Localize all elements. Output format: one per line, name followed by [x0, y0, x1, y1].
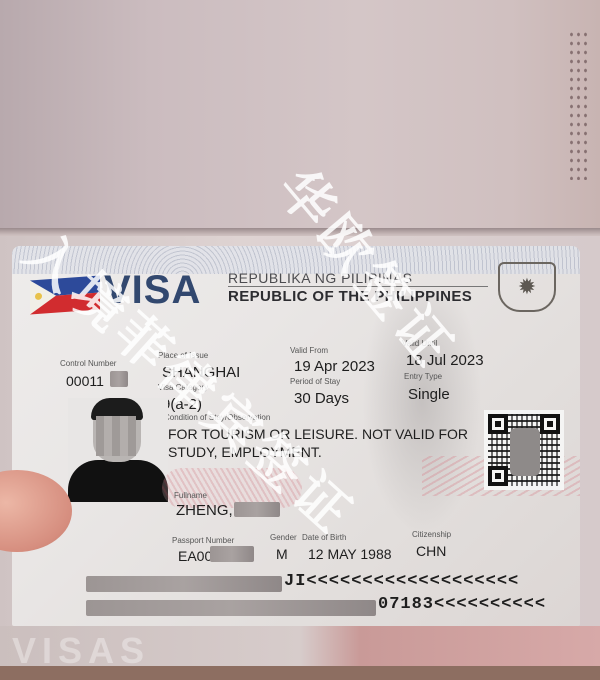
passport-number-label: Passport Number — [172, 536, 234, 545]
period-of-stay-value: 30 Days — [294, 390, 349, 407]
gender-label: Gender — [270, 533, 297, 542]
fullname-label: Fullname — [174, 491, 207, 500]
coat-of-arms-icon: ✹ — [498, 262, 556, 312]
passport-number-value: EA00 — [178, 548, 212, 564]
fullname-value: ZHENG, — [176, 502, 233, 519]
citizenship-label: Citizenship — [412, 530, 451, 539]
redaction-block — [210, 546, 254, 562]
entry-type-value: Single — [408, 386, 450, 403]
control-number-label: Control Number — [60, 359, 116, 368]
control-number-value: 00011 — [66, 373, 104, 389]
mrz-line-2: 07183<<<<<<<<<< — [378, 595, 546, 614]
gender-value: M — [276, 546, 288, 562]
mrz-redaction — [86, 600, 376, 616]
perforation-pattern — [568, 30, 588, 180]
valid-from-label: Valid From — [290, 346, 328, 355]
qr-code — [484, 410, 564, 490]
passport-edge — [0, 666, 600, 680]
valid-from-value: 19 Apr 2023 — [294, 358, 375, 375]
citizenship-value: CHN — [416, 543, 446, 559]
period-of-stay-label: Period of Stay — [290, 377, 340, 386]
holder-photo — [68, 398, 168, 502]
mrz-line-1: JI<<<<<<<<<<<<<<<<<<< — [284, 572, 519, 591]
mrz-redaction — [86, 576, 282, 592]
